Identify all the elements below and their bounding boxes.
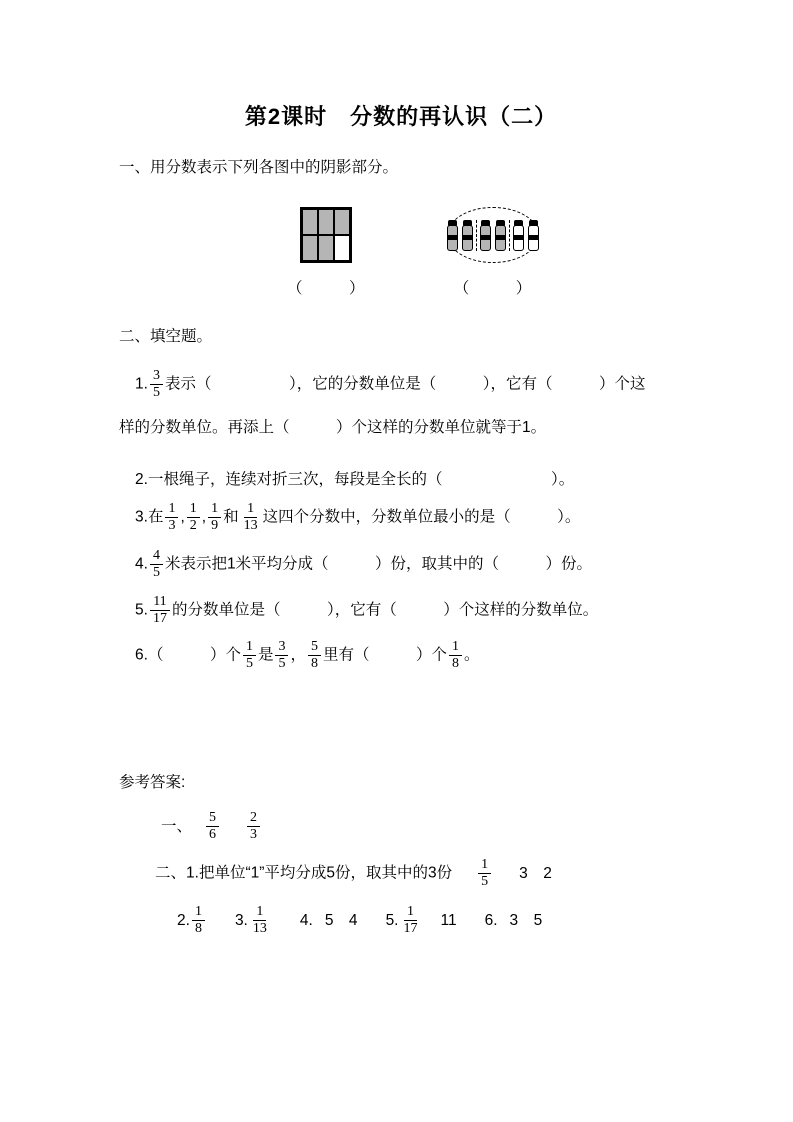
ellipse-group	[444, 220, 476, 251]
q5-number: 5.	[135, 601, 148, 618]
q4-number: 4.	[135, 556, 148, 573]
q2-number: 2.	[135, 471, 148, 488]
fraction-5-8: 58	[308, 639, 321, 672]
bottle-body	[495, 225, 506, 251]
q6-text-e: 。	[464, 646, 480, 663]
bottle-body	[480, 225, 491, 251]
answers-row2-label: 二、	[155, 865, 186, 882]
answer-item-6: 6.3 5	[485, 912, 543, 929]
grid-answer-slot: （ ）	[287, 276, 365, 298]
fraction-3-5: 35	[150, 368, 163, 401]
bottle-band	[480, 235, 491, 240]
fraction-1-8: 18	[449, 639, 462, 672]
bottle-figure-empty	[513, 220, 524, 251]
answers-row-1: 一、5623	[161, 810, 683, 843]
question-2: 2.一根绳子，连续对折三次，每段是全长的（ ）。	[119, 467, 683, 489]
question-6: 6.（ ）个15是35，58里有（ ）个18。	[119, 639, 683, 672]
answers-row1-label: 一、	[161, 818, 192, 835]
q6-text-c: ，	[290, 646, 306, 663]
q3-pre: 在	[148, 509, 164, 526]
q3-sep2: ,	[202, 509, 206, 526]
bottle-band	[528, 235, 539, 240]
q6-number: 6.	[135, 646, 148, 663]
answer-fraction-1-13: 113	[250, 904, 270, 937]
fraction-1-9: 19	[208, 501, 221, 534]
grid-cell-shaded	[318, 209, 334, 235]
bottle-band	[447, 235, 458, 240]
ellipse-answer-slot: （ ）	[454, 276, 532, 298]
answers-row2-text: 1.把单位“1”平均分成5份，取其中的3份	[186, 865, 452, 882]
shaded-grid	[300, 207, 352, 263]
ellipse-groups	[444, 220, 542, 251]
bottle-body	[528, 225, 539, 251]
bottle-figure-shaded	[462, 220, 473, 251]
figures-row: （ ） （ ）	[287, 207, 683, 298]
grid-cell-shaded	[302, 209, 318, 235]
q6-text-d: 里有（ ）个	[323, 646, 447, 663]
bottle-band	[513, 235, 524, 240]
fraction-11-17: 1117	[150, 594, 170, 627]
grid-cell-empty	[334, 235, 350, 261]
fraction-1-2: 12	[187, 501, 200, 534]
grid-cell-shaded	[334, 209, 350, 235]
answer-fraction-1-8: 18	[192, 904, 205, 937]
answer-item-3: 3.113	[235, 912, 272, 929]
answer-fraction-2-3: 23	[247, 810, 260, 843]
dashed-ellipse	[447, 207, 539, 263]
fraction-3-5: 35	[275, 639, 288, 672]
answer-item-4: 4.5 4	[300, 912, 358, 929]
bottle-figure-shaded	[447, 220, 458, 251]
bottle-figure-shaded	[495, 220, 506, 251]
grid-cell-shaded	[318, 235, 334, 261]
q6-text-b: 是	[258, 646, 274, 663]
fraction-1-5: 15	[243, 639, 256, 672]
q5-text: 的分数单位是（ ），它有（ ）个这样的分数单位。	[172, 601, 598, 618]
q2-text: 一根绳子，连续对折三次，每段是全长的（ ）。	[148, 471, 574, 488]
bottle-body	[447, 225, 458, 251]
worksheet-page: 第2课时 分数的再认识（二） 一、用分数表示下列各图中的阴影部分。 （ ） （ …	[0, 0, 793, 1122]
bottle-body	[513, 225, 524, 251]
q1-number: 1.	[135, 376, 148, 393]
section1-heading: 一、用分数表示下列各图中的阴影部分。	[119, 155, 683, 177]
answer-fraction-1-5: 15	[478, 857, 491, 890]
bottle-band	[495, 235, 506, 240]
fraction-1-3: 13	[165, 501, 178, 534]
answer-item-2: 2.18	[177, 912, 207, 929]
question-5: 5.1117的分数单位是（ ），它有（ ）个这样的分数单位。	[119, 594, 683, 627]
section2-heading: 二、填空题。	[119, 324, 683, 346]
answers-row2-values: 3 2	[519, 865, 552, 882]
question-3: 3.在13,12,19和113这四个分数中，分数单位最小的是（ ）。	[119, 501, 683, 534]
answers-row-3: 2.183.1134.5 45.117116.3 5	[177, 904, 683, 937]
q3-sep1: ,	[180, 509, 184, 526]
grid-cell-shaded	[302, 235, 318, 261]
question-1: 1.35表示（ ），它的分数单位是（ ），它有（ ）个这	[119, 368, 683, 401]
ellipse-group	[476, 220, 509, 251]
grid-figure: （ ）	[287, 207, 365, 298]
answer-item-5: 5.11711	[386, 912, 457, 929]
q4-text: 米表示把1米平均分成（ ）份，取其中的（ ）份。	[165, 556, 592, 573]
bottle-figure-empty	[528, 220, 539, 251]
q3-post: 这四个分数中，分数单位最小的是（ ）。	[263, 509, 581, 526]
q1-text: 表示（ ），它的分数单位是（ ），它有（ ）个这	[165, 376, 646, 393]
ellipse-group	[509, 220, 542, 251]
q3-sep3: 和	[223, 509, 239, 526]
bottle-band	[462, 235, 473, 240]
bottle-body	[462, 225, 473, 251]
q3-number: 3.	[135, 509, 148, 526]
question-1-wrap: 样的分数单位。再添上（ ）个这样的分数单位就等于1。	[119, 415, 683, 437]
answer-fraction-5-6: 56	[206, 810, 219, 843]
bottle-figure-shaded	[480, 220, 491, 251]
page-title: 第2课时 分数的再认识（二）	[119, 100, 683, 131]
fraction-1-13: 113	[241, 501, 261, 534]
q6-text-a: （ ）个	[148, 646, 241, 663]
ellipse-figure: （ ）	[447, 207, 539, 298]
answer-fraction-1-17: 117	[401, 904, 421, 937]
question-4: 4.45米表示把1米平均分成（ ）份，取其中的（ ）份。	[119, 548, 683, 581]
fraction-4-5: 45	[150, 548, 163, 581]
q1-text-wrap: 样的分数单位。再添上（ ）个这样的分数单位就等于1。	[119, 419, 546, 436]
answers-row-2: 二、1.把单位“1”平均分成5份，取其中的3份153 2	[155, 857, 683, 890]
answers-heading: 参考答案:	[119, 770, 683, 792]
